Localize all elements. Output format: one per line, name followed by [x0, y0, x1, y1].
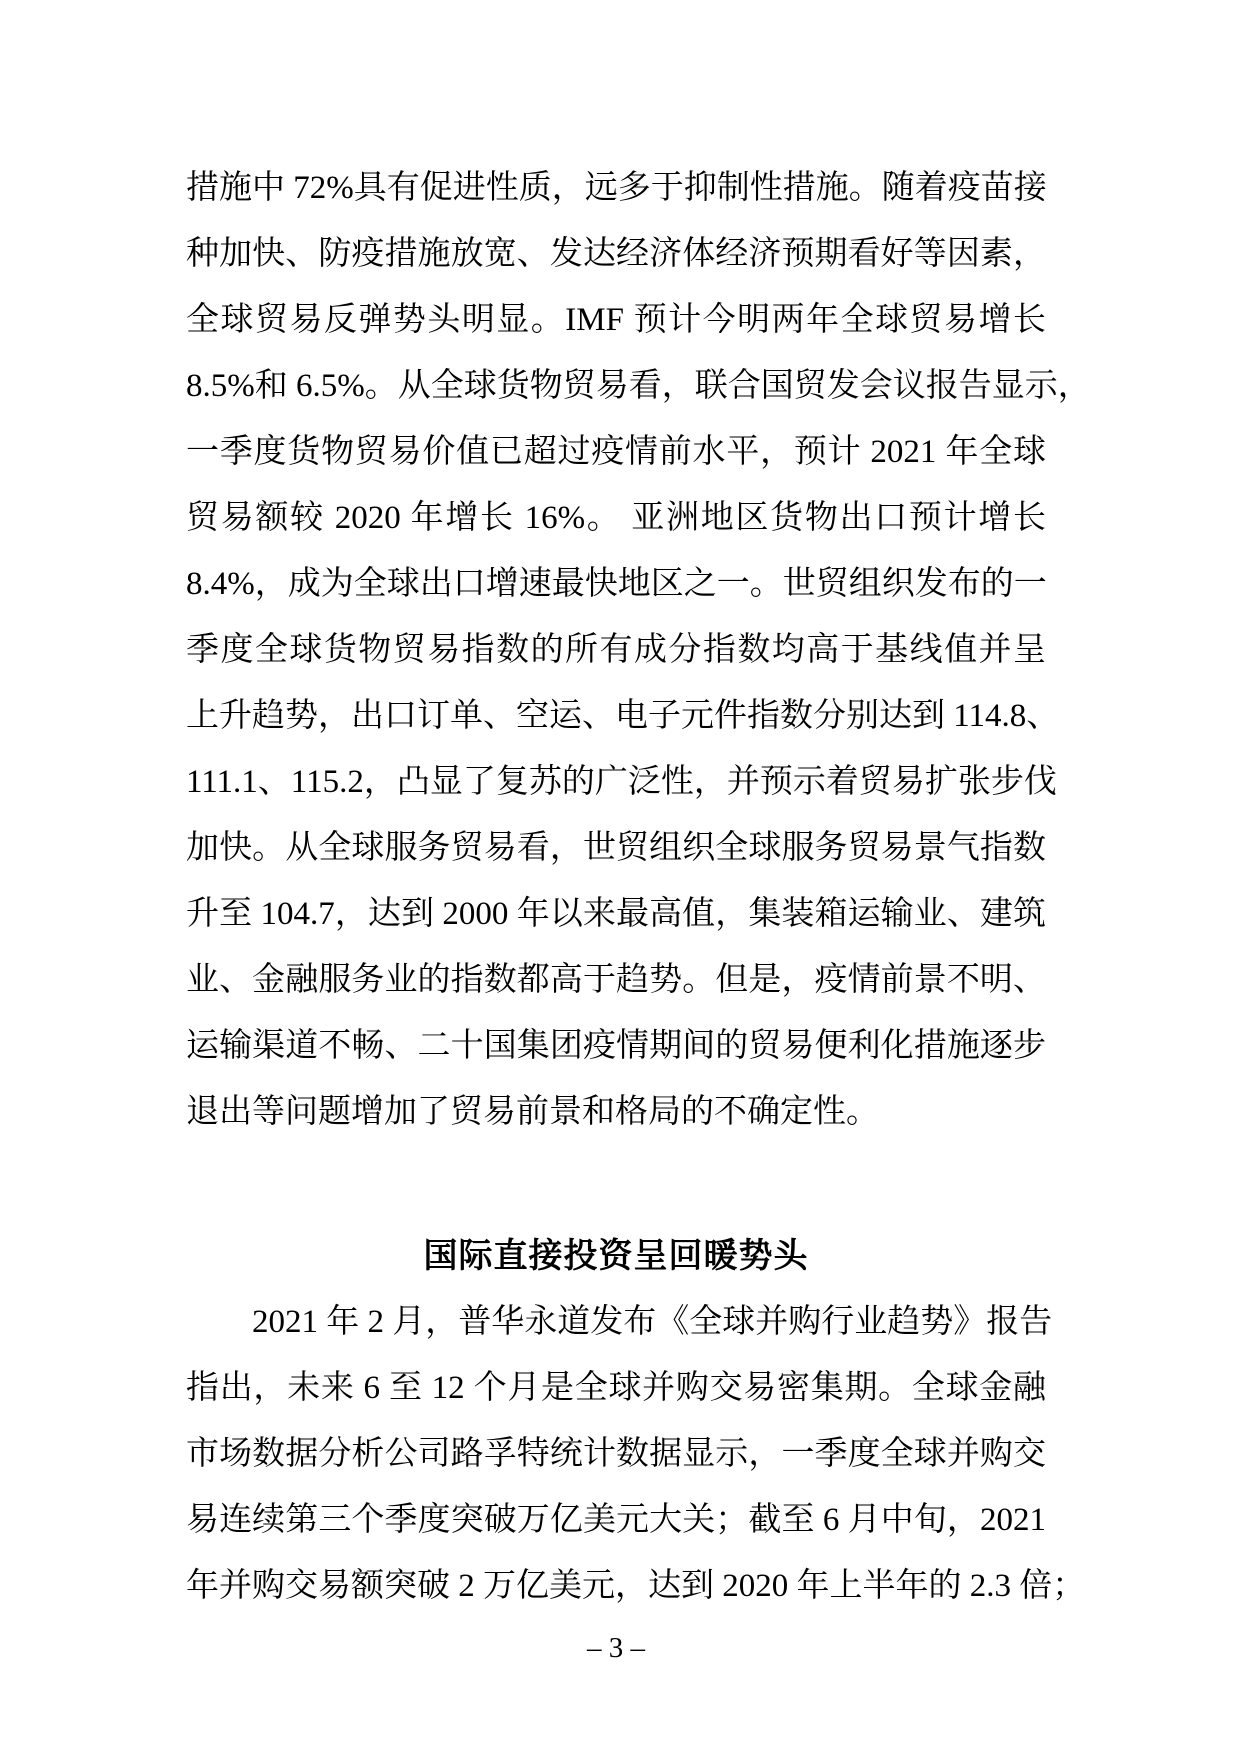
text-line: 易连续第三个季度突破万亿美元大关；截至 6 月中旬，2021	[186, 1487, 1046, 1553]
text-line: 全球贸易反弹势头明显。IMF 预计今明两年全球贸易增长	[186, 287, 1046, 353]
text-line: 业、金融服务业的指数都高于趋势。但是，疫情前景不明、	[186, 947, 1046, 1013]
text-line: 加快。从全球服务贸易看，世贸组织全球服务贸易景气指数	[186, 815, 1046, 881]
paragraph-global-trade: 措施中 72%具有促进性质，远多于抑制性措施。随着疫苗接 种加快、防疫措施放宽、…	[186, 155, 1046, 1145]
text-line: 上升趋势，出口订单、空运、电子元件指数分别达到 114.8、	[186, 683, 1046, 749]
text-line: 市场数据分析公司路孚特统计数据显示，一季度全球并购交	[186, 1421, 1046, 1487]
paragraph-direct-investment: 2021 年 2 月，普华永道发布《全球并购行业趋势》报告 指出，未来 6 至 …	[186, 1289, 1046, 1619]
text-line: 年并购交易额突破 2 万亿美元，达到 2020 年上半年的 2.3 倍；	[186, 1553, 1046, 1619]
text-line: 8.4%，成为全球出口增速最快地区之一。世贸组织发布的一	[186, 551, 1046, 617]
text-line: 贸易额较 2020 年增长 16%。 亚洲地区货物出口预计增长	[186, 485, 1046, 551]
text-line: 111.1、115.2，凸显了复苏的广泛性，并预示着贸易扩张步伐	[186, 749, 1046, 815]
text-line: 一季度货物贸易价值已超过疫情前水平，预计 2021 年全球	[186, 419, 1046, 485]
text-line: 措施中 72%具有促进性质，远多于抑制性措施。随着疫苗接	[186, 155, 1046, 221]
text-line: 运输渠道不畅、二十国集团疫情期间的贸易便利化措施逐步	[186, 1013, 1046, 1079]
text-line: 指出，未来 6 至 12 个月是全球并购交易密集期。全球金融	[186, 1355, 1046, 1421]
text-line: 升至 104.7，达到 2000 年以来最高值，集装箱运输业、建筑	[186, 881, 1046, 947]
page-content: 措施中 72%具有促进性质，远多于抑制性措施。随着疫苗接 种加快、防疫措施放宽、…	[186, 155, 1046, 1619]
document-page: 措施中 72%具有促进性质，远多于抑制性措施。随着疫苗接 种加快、防疫措施放宽、…	[0, 0, 1241, 1754]
text-line: 退出等问题增加了贸易前景和格局的不确定性。	[186, 1079, 1046, 1145]
text-line: 2021 年 2 月，普华永道发布《全球并购行业趋势》报告	[186, 1289, 1046, 1355]
section-heading: 国际直接投资呈回暖势头	[186, 1223, 1046, 1289]
text-line: 种加快、防疫措施放宽、发达经济体经济预期看好等因素，	[186, 221, 1046, 287]
text-line: 季度全球货物贸易指数的所有成分指数均高于基线值并呈	[186, 617, 1046, 683]
page-number: – 3 –	[186, 1626, 1046, 1670]
text-line: 8.5%和 6.5%。从全球货物贸易看，联合国贸发会议报告显示，	[186, 353, 1046, 419]
